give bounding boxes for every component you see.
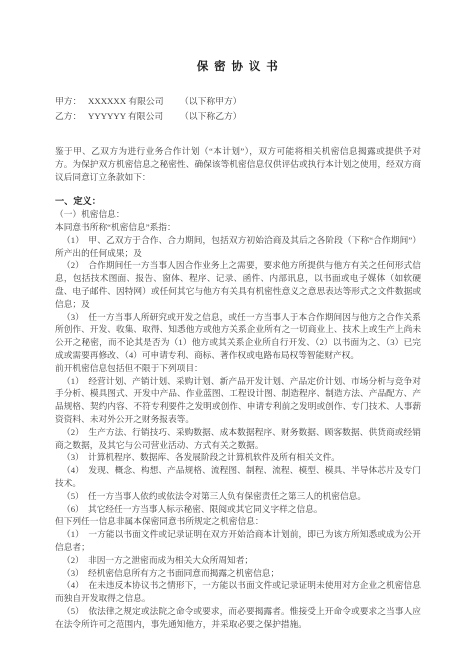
party-b-alias: （以下称乙方）: [180, 109, 242, 124]
inclusion-note: 前开机密信息包括但不限于下列项目：: [55, 362, 421, 375]
exclusion-item-2: （2） 非因一方之泄密而成为相关大众所周知者；: [55, 554, 421, 567]
parties-block: 甲方： XXXXXX 有限公司 （以下称甲方） 乙方： YYYYYY 有限公司 …: [55, 94, 421, 123]
party-b-label: 乙方：: [55, 109, 88, 124]
definition-item-2: （2） 合作期间任一方当事人因合作业务上之需要，要求他方所提供与他方有关之任何形…: [55, 259, 421, 310]
preamble-paragraph: 鉴于甲、乙双方为进行业务合作计划（“本计划”），双方可能将相关机密信息揭露或提供…: [55, 145, 421, 183]
exclusion-item-1: （1） 一方能以书面文件或记录证明在双方开始洽商本计划前，即已为该方所知悉或成为…: [55, 528, 421, 554]
inclusion-item-4: （4） 发现、概念、构想、产品规格、流程图、制程、流程、模型、模具、半导体芯片及…: [55, 464, 421, 490]
document-title: 保 密 协 议 书: [55, 58, 421, 74]
party-row-second: 乙方： YYYYYY 有限公司 （以下称乙方）: [55, 109, 421, 124]
exclusion-item-5: （5） 依法律之规定或法院之命令或要求，而必要揭露者。惟接受上开命令或要求之当事…: [55, 605, 421, 631]
exclusion-note: 但下列任一信息非属本保密同意书所规定之机密信息：: [55, 515, 421, 528]
party-b-name: YYYYYY 有限公司: [88, 109, 180, 124]
party-a-name: XXXXXX 有限公司: [88, 94, 180, 109]
inclusion-item-2: （2） 生产方法、行销技巧、采购数据、成本数据程序、财务数据、顾客数据、供货商或…: [55, 426, 421, 452]
definition-item-1: （1） 甲、乙双方于合作、合力期间，包括双方初始洽商及其后之各阶段（下称“合作期…: [55, 234, 421, 260]
inclusion-item-5: （5） 任一方当事人依约或依法令对第三人负有保密责任之第三人的机密信息。: [55, 490, 421, 503]
party-a-alias: （以下称甲方）: [180, 94, 242, 109]
exclusion-item-3: （3） 经机密信息所有方之书面同意而揭露之机密信息；: [55, 567, 421, 580]
definition-item-3: （3） 任一方当事人所研究或开发之信息，或任一方当事人于本合作期间因与他方之合作…: [55, 311, 421, 362]
section-1-subheading: （一）机密信息：: [55, 208, 421, 221]
inclusion-item-1: （1） 经营计划、产销计划、采购计划、新产品开发计划、产品定价计划、市场分析与竞…: [55, 375, 421, 426]
section-1-heading: 一、定义：: [55, 195, 421, 208]
definition-intro: 本同意书所称“机密信息”系指：: [55, 221, 421, 234]
inclusion-item-3: （3） 计算机程序、数据库、各发展阶段之计算机软件及所有相关文件。: [55, 451, 421, 464]
party-a-label: 甲方：: [55, 94, 88, 109]
exclusion-item-4: （4） 在未违反本协议书之情形下，一方能以书面文件或记录证明未使用对方企业之机密…: [55, 579, 421, 605]
inclusion-item-6: （6） 其它经任一方当事人标示秘密、限阅或其它同义字样之信息。: [55, 503, 421, 516]
document-page: 保 密 协 议 书 甲方： XXXXXX 有限公司 （以下称甲方） 乙方： YY…: [0, 0, 463, 655]
party-row-first: 甲方： XXXXXX 有限公司 （以下称甲方）: [55, 94, 421, 109]
